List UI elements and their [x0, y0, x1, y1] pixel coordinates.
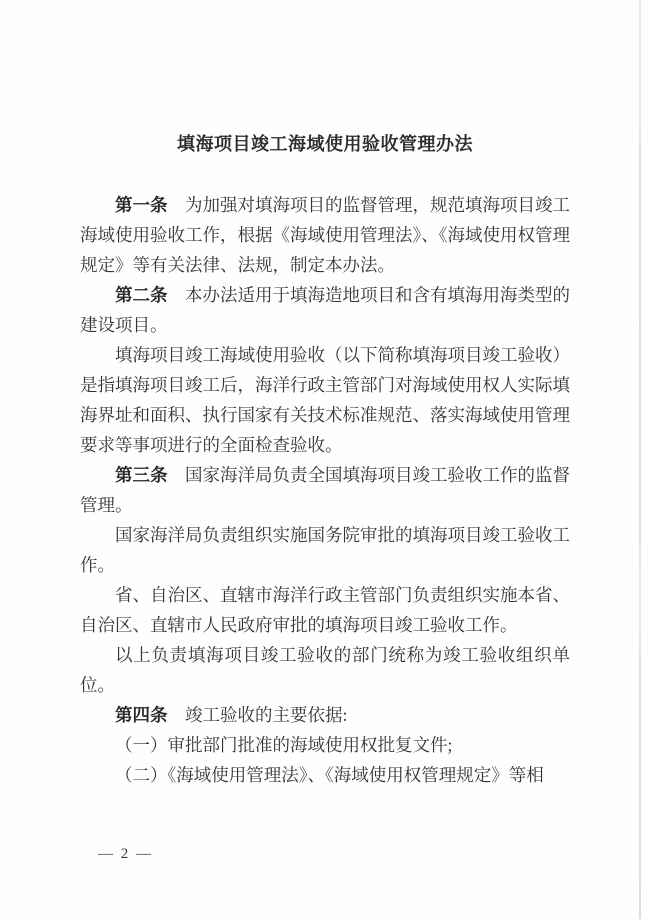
article-label: 第二条 — [115, 285, 168, 305]
paragraph-text: 省、自治区、直辖市海洋行政主管部门负责组织实施本省、自治区、直辖市人民政府审批的… — [80, 585, 570, 635]
article-label: 第一条 — [115, 195, 168, 215]
paragraph: 以上负责填海项目竣工验收的部门统称为竣工验收组织单位。 — [80, 640, 570, 700]
page-number: — 2 — — [98, 846, 153, 863]
paragraph-article-2: 第二条 本办法适用于填海造地项目和含有填海用海类型的建设项目。 — [80, 280, 570, 340]
paragraph-article-1: 第一条 为加强对填海项目的监督管理，规范填海项目竣工海域使用验收工作，根据《海域… — [80, 190, 570, 280]
document-page: 填海项目竣工海域使用验收管理办法 第一条 为加强对填海项目的监督管理，规范填海项… — [0, 0, 650, 919]
paragraph-text: 以上负责填海项目竣工验收的部门统称为竣工验收组织单位。 — [80, 645, 570, 695]
document-title: 填海项目竣工海域使用验收管理办法 — [0, 130, 650, 156]
paragraph-text: （二）《海域使用管理法》、《海域使用权管理规定》等相 — [115, 765, 544, 785]
paragraph-item-1: （一）审批部门批准的海域使用权批复文件; — [80, 730, 570, 760]
paragraph-article-4: 第四条 竣工验收的主要依据: — [80, 700, 570, 730]
paragraph-text: 填海项目竣工海域使用验收（以下简称填海项目竣工验收）是指填海项目竣工后，海洋行政… — [80, 345, 570, 455]
paragraph-item-2: （二）《海域使用管理法》、《海域使用权管理规定》等相 — [80, 760, 570, 790]
paragraph-text: 国家海洋局负责组织实施国务院审批的填海项目竣工验收工作。 — [80, 525, 570, 575]
article-label: 第三条 — [115, 465, 168, 485]
article-label: 第四条 — [115, 705, 168, 725]
paragraph-text: （一）审批部门批准的海域使用权批复文件; — [115, 735, 452, 755]
paragraph-article-3: 第三条 国家海洋局负责全国填海项目竣工验收工作的监督管理。 — [80, 460, 570, 520]
document-body: 第一条 为加强对填海项目的监督管理，规范填海项目竣工海域使用验收工作，根据《海域… — [80, 190, 570, 790]
paragraph: 国家海洋局负责组织实施国务院审批的填海项目竣工验收工作。 — [80, 520, 570, 580]
paragraph-text: 竣工验收的主要依据: — [168, 705, 348, 725]
paragraph: 省、自治区、直辖市海洋行政主管部门负责组织实施本省、自治区、直辖市人民政府审批的… — [80, 580, 570, 640]
paragraph: 填海项目竣工海域使用验收（以下简称填海项目竣工验收）是指填海项目竣工后，海洋行政… — [80, 340, 570, 460]
